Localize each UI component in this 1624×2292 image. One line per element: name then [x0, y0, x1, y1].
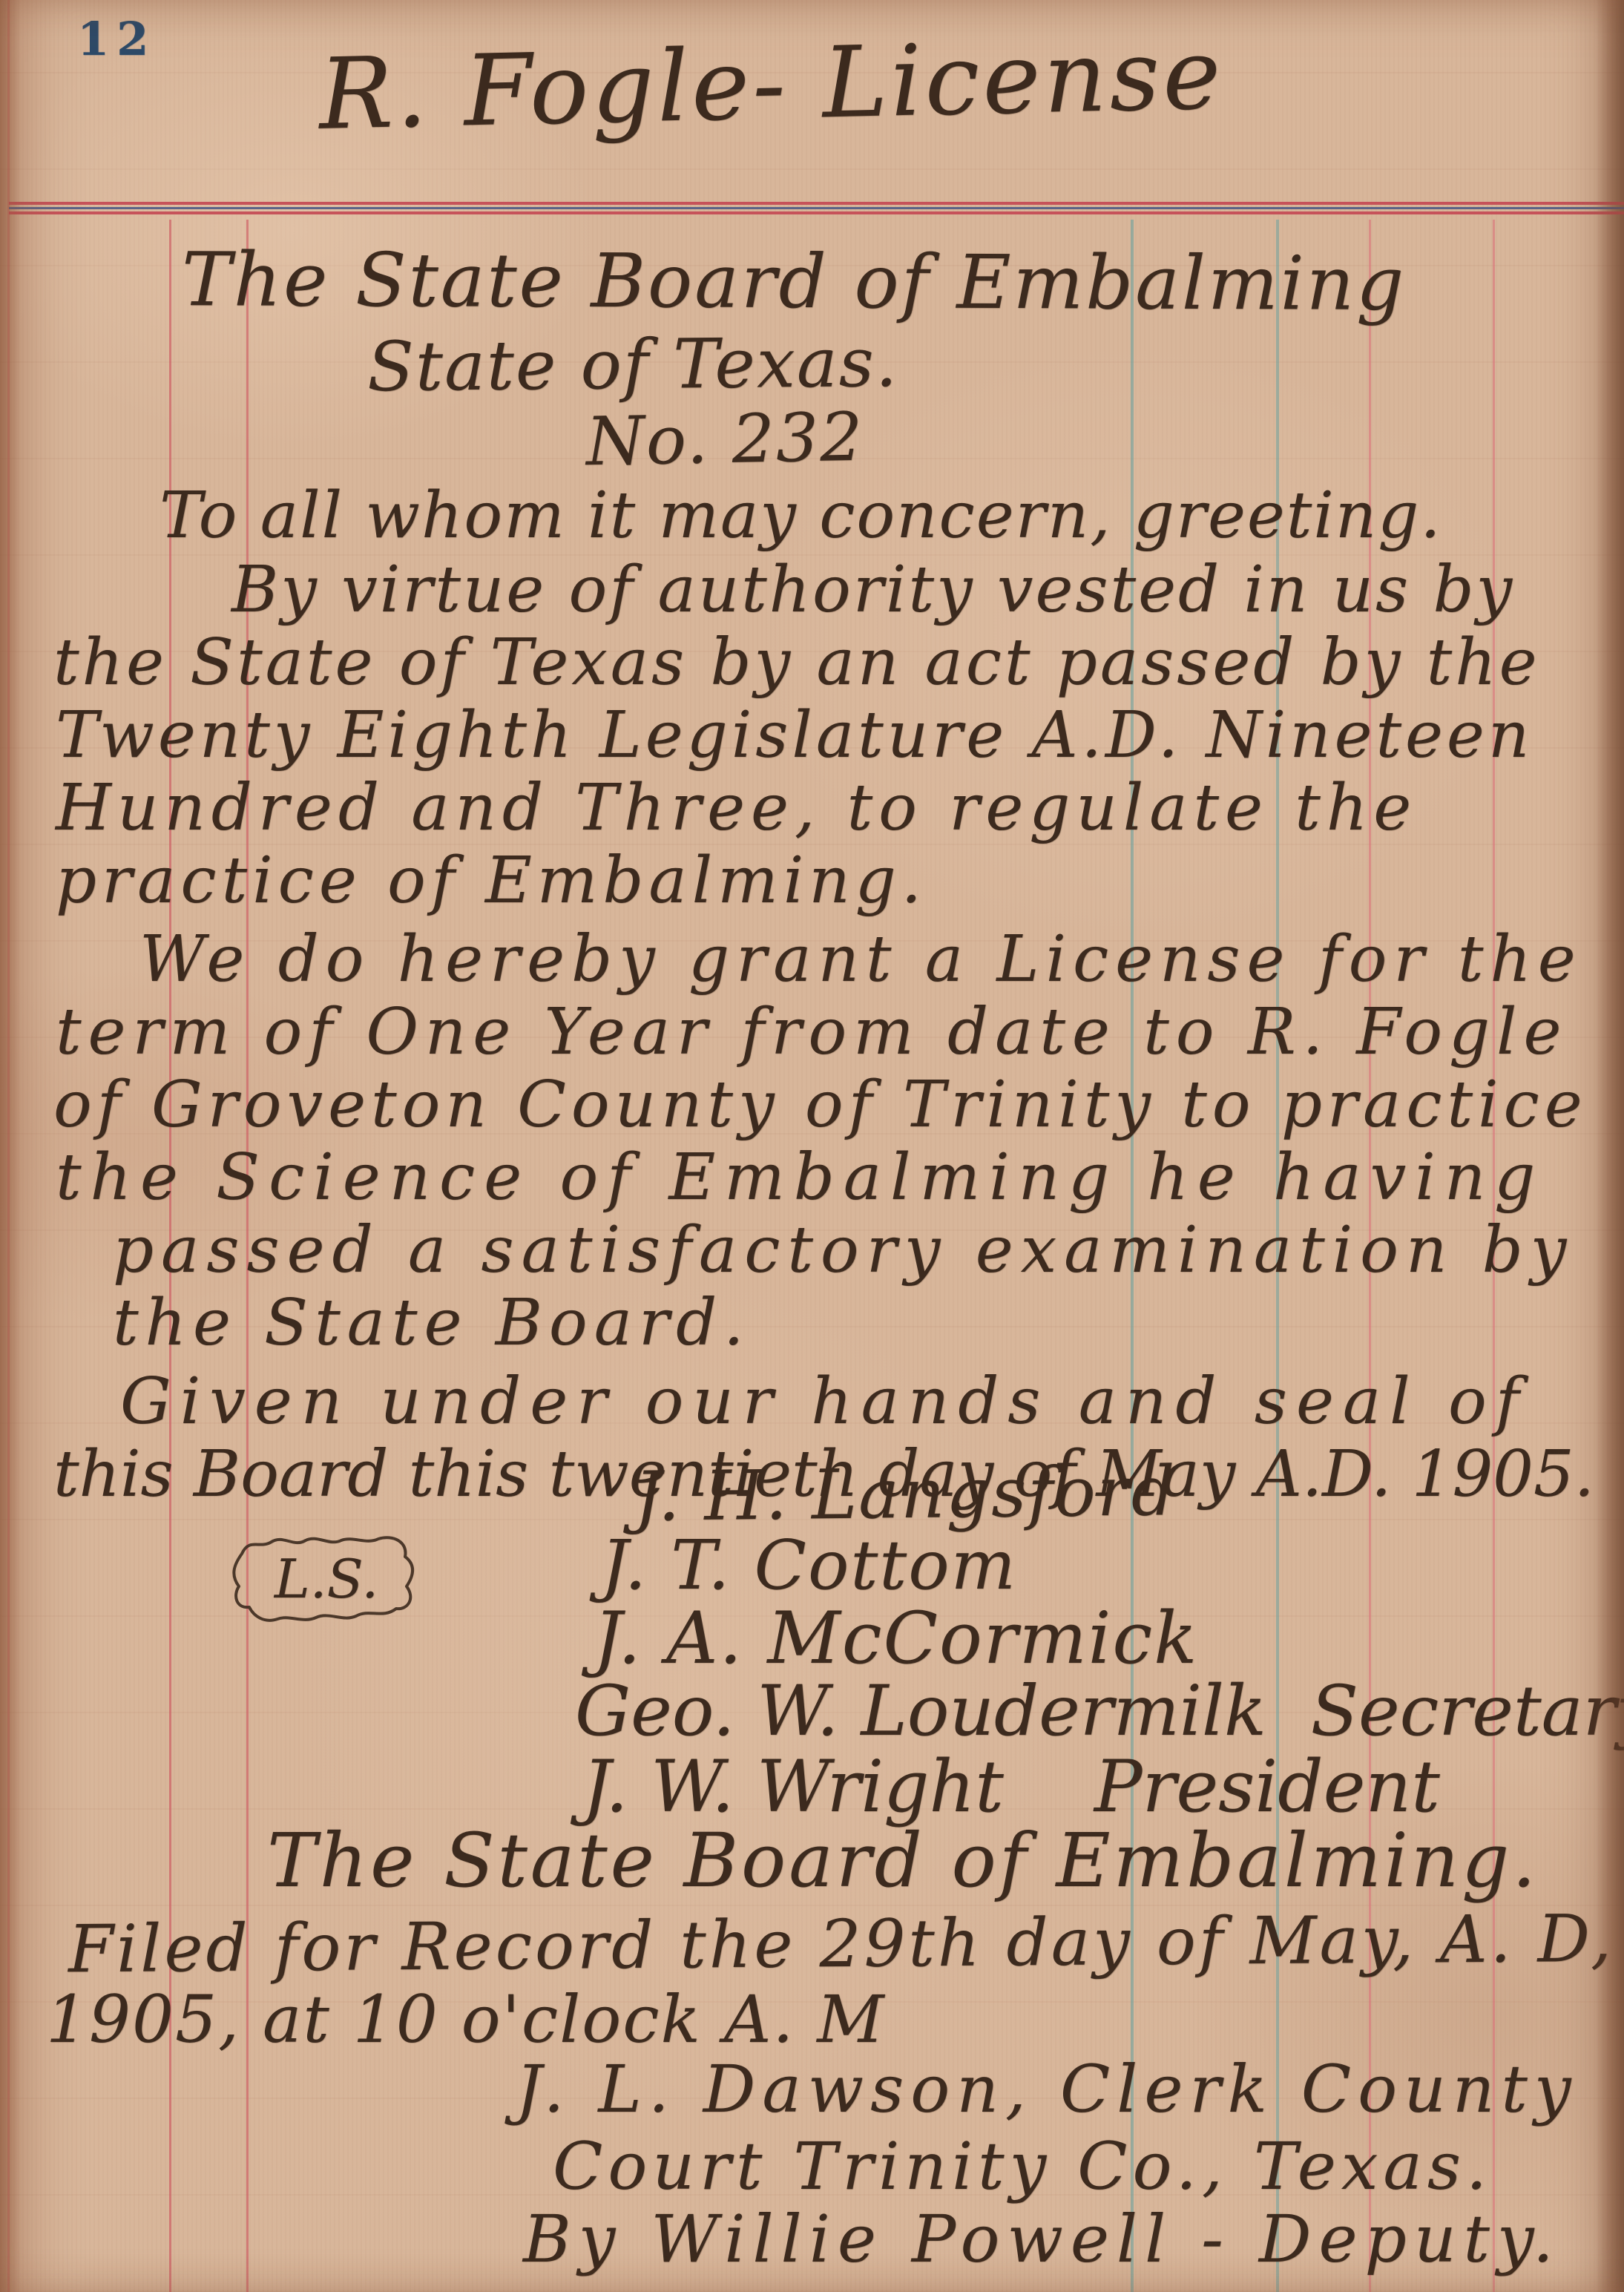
- page-left-edge-shadow: [0, 0, 21, 2292]
- seal-label: L.S.: [230, 1548, 423, 1610]
- heading-state: State of Texas.: [367, 329, 899, 401]
- filed-line-1: Filed for Record the 29th day of May, A.…: [68, 1906, 1614, 1983]
- body-line-8: term of One Year from date to R. Fogle: [56, 1000, 1568, 1064]
- body-line-10: the Science of Embalming he having: [56, 1146, 1544, 1209]
- filed-deputy-line: By Willie Powell - Deputy.: [523, 2207, 1561, 2272]
- signature-board-name: The State Board of Embalming.: [267, 1824, 1539, 1898]
- ledger-page: 12 R. Fogle- License The State Board of …: [0, 0, 1624, 2292]
- body-line-3: the State of Texas by an act passed by t…: [53, 631, 1539, 695]
- body-line-1: To all whom it may concern, greeting.: [160, 484, 1442, 548]
- body-line-6: practice of Embalming.: [56, 849, 927, 913]
- filed-line-2: 1905, at 10 o'clock A. M: [46, 1987, 885, 2052]
- heading-board: The State Board of Embalming: [182, 243, 1406, 321]
- page-number: 12: [77, 12, 156, 66]
- body-line-5: Hundred and Three, to regulate the: [56, 776, 1417, 840]
- seal-ls: L.S.: [230, 1527, 423, 1638]
- signature-cottom: J. T. Cottom: [601, 1531, 1017, 1600]
- signature-loudermilk-secretary: Geo. W. Loudermilk Secretary: [575, 1677, 1624, 1747]
- body-line-12: the State Board.: [113, 1291, 750, 1355]
- signature-langsford: J. H. Langsford: [634, 1457, 1177, 1531]
- header-rule-line: [9, 202, 1624, 215]
- margin-line-far-left: [7, 0, 10, 2292]
- signature-mccormick: J. A. McCormick: [594, 1603, 1198, 1674]
- signature-wright-president: J. W. Wright President: [582, 1751, 1440, 1822]
- filed-clerk-signature: J. L. Dawson, Clerk County: [516, 2057, 1578, 2122]
- body-line-11: passed a satisfactory examination by: [113, 1218, 1574, 1282]
- filed-court-line: Court Trinity Co., Texas.: [553, 2134, 1492, 2199]
- body-line-13: Given under our hands and seal of: [120, 1370, 1528, 1434]
- document-title: R. Fogle- License: [318, 25, 1225, 144]
- body-line-9: of Groveton County of Trinity to practic…: [53, 1073, 1588, 1137]
- body-line-7: We do hereby grant a License for the: [139, 927, 1582, 991]
- body-line-2: By virtue of authority vested in us by: [231, 558, 1514, 622]
- heading-license-number: No. 232: [585, 404, 864, 476]
- body-line-4: Twenty Eighth Legislature A.D. Nineteen: [56, 703, 1533, 767]
